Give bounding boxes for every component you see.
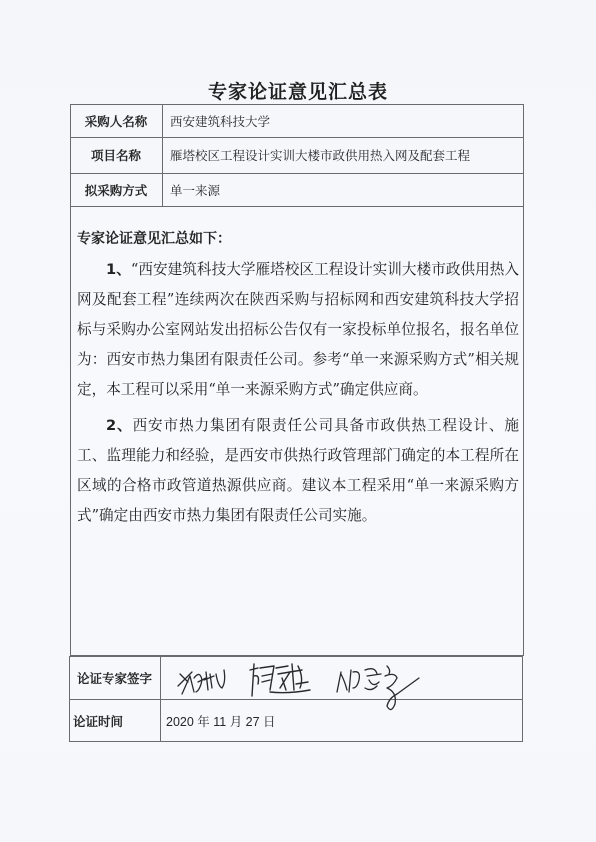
document-title: 专家论证意见汇总表 [0, 77, 596, 104]
review-date-label: 论证时间 [73, 699, 158, 742]
expert-signature-2 [248, 660, 320, 700]
project-name-value: 雁塔校区工程设计实训大楼市政供用热入网及配套工程 [170, 137, 522, 173]
paragraph-number: 2、 [106, 417, 133, 434]
info-column-divider [162, 104, 163, 206]
purchaser-name-label: 采购人名称 [70, 104, 162, 137]
row-divider [70, 206, 524, 207]
project-name-label: 项目名称 [70, 137, 162, 173]
opinion-heading: 专家论证意见汇总如下： [77, 228, 231, 248]
opinion-paragraph-2: 2、西安市热力集团有限责任公司具备市政供热工程设计、施工、监理能力和经验，是西安… [77, 411, 519, 531]
paragraph-text: “西安建筑科技大学雁塔校区工程设计实训大楼市政供用热入网及配套工程”连续两次在陕… [77, 261, 519, 398]
opinion-body: 1、“西安建筑科技大学雁塔校区工程设计实训大楼市政供用热入网及配套工程”连续两次… [77, 255, 519, 531]
procurement-method-label: 拟采购方式 [70, 173, 162, 206]
purchaser-name-value: 西安建筑科技大学 [170, 104, 520, 137]
expert-signature-label: 论证专家签字 [69, 656, 160, 699]
review-date-value: 2020 年 11 月 27 日 [166, 699, 466, 742]
procurement-method-value: 单一来源 [170, 173, 520, 206]
opinion-paragraph-1: 1、“西安建筑科技大学雁塔校区工程设计实训大楼市政供用热入网及配套工程”连续两次… [77, 255, 519, 405]
paragraph-number: 1、 [106, 261, 131, 278]
document-page: 专家论证意见汇总表 采购人名称 西安建筑科技大学 项目名称 雁塔校区工程设计实训… [0, 0, 596, 842]
paragraph-text: 西安市热力集团有限责任公司具备市政供热工程设计、施工、监理能力和经验，是西安市供… [77, 417, 519, 524]
expert-signature-1 [176, 664, 232, 700]
